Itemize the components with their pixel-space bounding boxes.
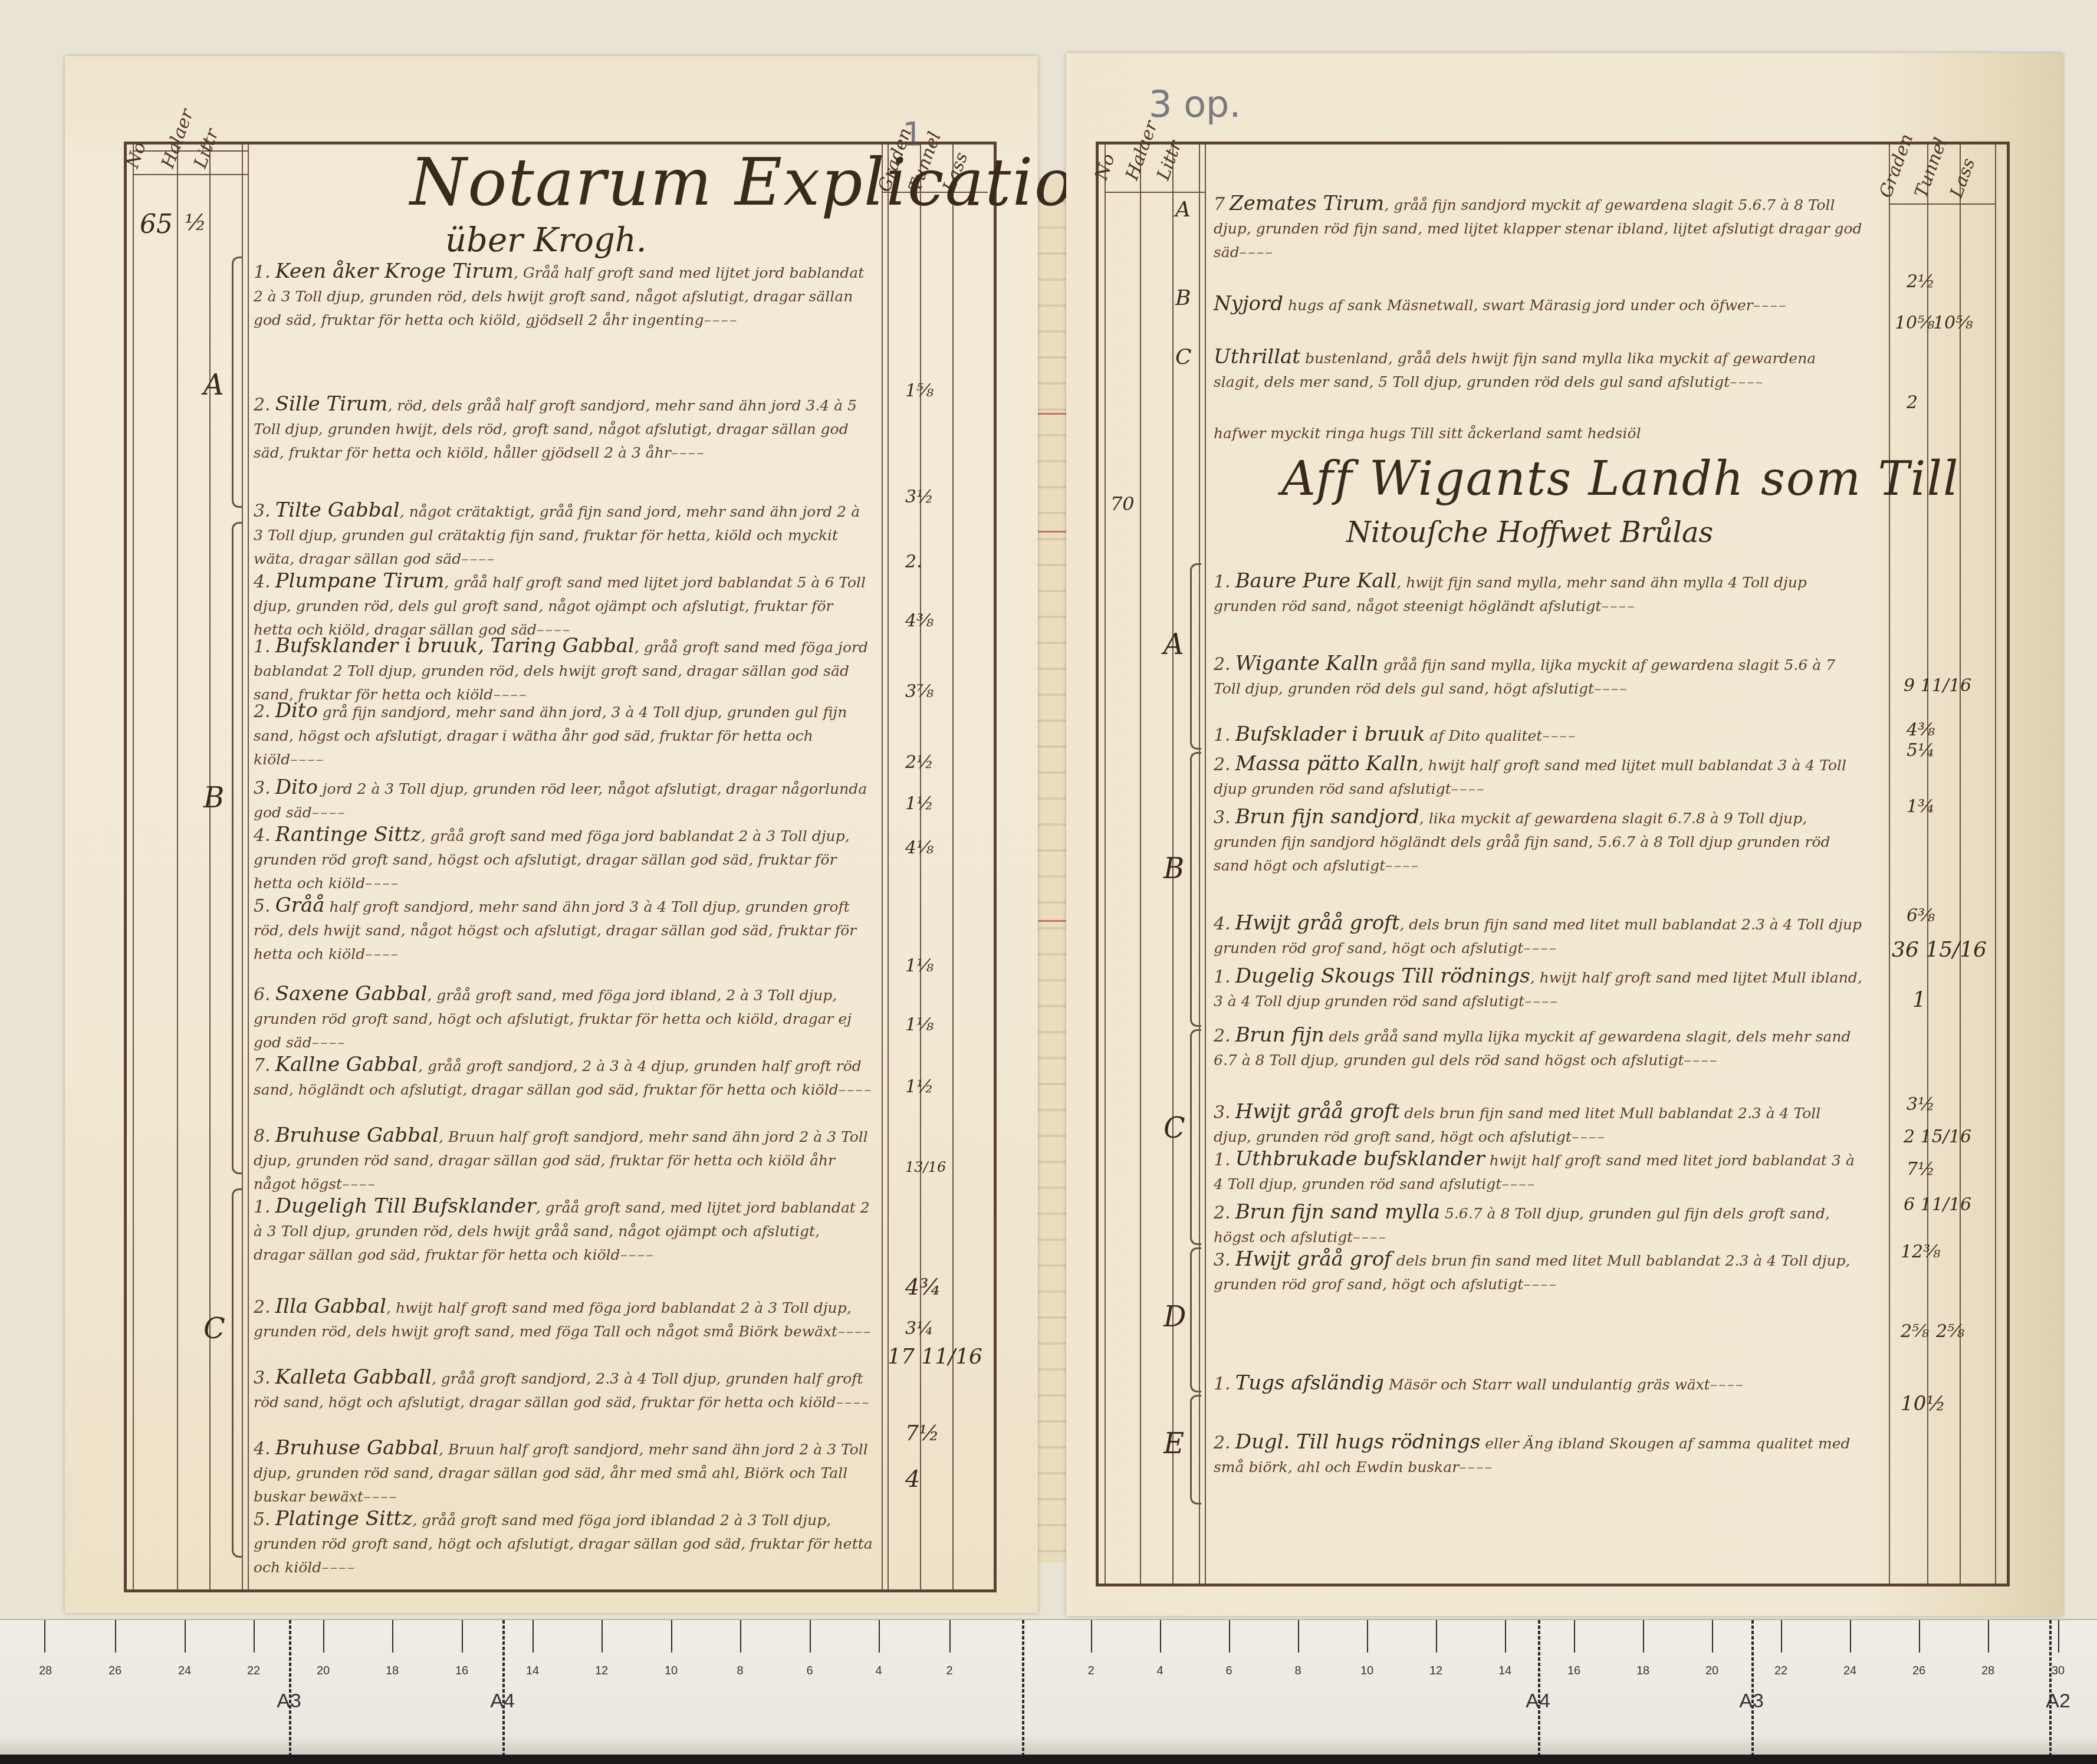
ruler-tick-label: 12 (1429, 1664, 1442, 1678)
section-letter-e: E (1163, 1427, 1184, 1460)
ruler-tick-label: 16 (1567, 1664, 1580, 1678)
ruler-tick-label: 22 (1774, 1664, 1787, 1678)
graden-value: 4⅜ (1907, 720, 1935, 740)
section-letter-c: C (1163, 1112, 1185, 1145)
graden-value: 13/16 (905, 1159, 946, 1175)
section-subtitle: Nitouſche Hoffwet Brůlas (1346, 516, 1713, 549)
graden-value: 12⅜ (1901, 1241, 1940, 1262)
column-header-littr: Littr (1153, 138, 1186, 183)
entry-hafwer: hafwer myckit ringa hugs Till sitt åcker… (1214, 422, 1862, 445)
entry-13: 1.Dugeligh Till Bufsklander, gråå groft … (254, 1194, 873, 1267)
scanner-edge (0, 1755, 2097, 1764)
column-header-tunnel: Tunnel (1911, 135, 1951, 201)
entry-15: 3.Kalleta Gabball, gråå groft sandjord, … (254, 1365, 873, 1414)
row-number-65: 65 (140, 209, 173, 239)
graden-value: 2 15/16 (1904, 1126, 1971, 1147)
graden-value: 1⅝ (905, 380, 934, 401)
bracket-total-c: 17 11/16 (888, 1345, 982, 1369)
graden-value: 1½ (905, 1076, 934, 1097)
ruler-tick-label: 8 (1294, 1664, 1301, 1678)
entry-nyjord: Nyjord hugs af sank Mäsnetwall, swart Mä… (1214, 292, 1862, 317)
ruler-tick-label: 22 (247, 1664, 260, 1678)
entry-17: 5.Platinge Sittz, gråå groft sand med fö… (254, 1507, 873, 1579)
paper-size-label-a3: A3 (1739, 1690, 1764, 1713)
paper-size-label-a3: A3 (277, 1690, 301, 1713)
section-brace-b (232, 522, 243, 1174)
tunnel-value: 2⅝ (1936, 1321, 1964, 1342)
graden-value: 5¼ (1907, 740, 1935, 761)
pencil-reference-mark: 3 op. (1149, 83, 1241, 126)
section-brace-d (1190, 1247, 1201, 1392)
column-header-number: No (122, 139, 150, 171)
graden-value: 2. (905, 551, 922, 572)
ruler-tick-label: 2 (946, 1664, 952, 1678)
ruler-tick-label: 16 (455, 1664, 468, 1678)
ruler-tick-label: 24 (1843, 1664, 1856, 1678)
section-title: Aff Wigants Landh som Till (1281, 451, 1960, 506)
entry-zemates: 7Zemates Tirum, gråå fijn sandjord mycki… (1214, 192, 1862, 264)
column-header-lass: Lass (1946, 156, 1979, 201)
graden-value: 1½ (905, 793, 934, 814)
section-letter-b-top: B (1175, 286, 1191, 310)
section-letter-b: B (1163, 852, 1184, 885)
graden-value: 3½ (905, 487, 934, 507)
left-manuscript-page: 1 No Halaer Littr Graden Tunnel Lass 65 … (65, 56, 1038, 1613)
graden-value-last: 10½ (1901, 1392, 1945, 1415)
ruler-tick-label: 30 (2052, 1664, 2065, 1678)
entry-r4: 2.Massa pätto Kalln, hwijt half groft sa… (1214, 752, 1862, 801)
ruler-tick-label: 26 (1912, 1664, 1925, 1678)
graden-value: 3⅞ (905, 681, 934, 702)
entry-16: 4.Bruhuse Gabbal, Bruun half groft sandj… (254, 1436, 873, 1509)
graden-value: 1⅛ (905, 1014, 934, 1035)
ruler-tick-label: 14 (526, 1664, 539, 1678)
page-subtitle: über Krogh. (445, 221, 647, 259)
column-header-littr: Littr (190, 126, 223, 171)
ruler-tick-label: 6 (806, 1664, 813, 1678)
ruler-tick-label: 12 (595, 1664, 608, 1678)
left-page-table-frame: No Halaer Littr Graden Tunnel Lass 65 ½ … (124, 142, 997, 1592)
section-brace-a (1190, 563, 1201, 750)
ruler-tick-label: 20 (1705, 1664, 1718, 1678)
entry-1: 1.Keen åker Kroge Tirum, Gråå half groft… (254, 259, 873, 332)
ruler-tick-label: 8 (737, 1664, 743, 1678)
entry-r10: 1.Uthbrukade bufsklander hwijt half grof… (1214, 1147, 1862, 1196)
entry-6: 2.Dito grå fijn sandjord, mehr sand ähn … (254, 699, 873, 771)
graden-value: 3¼ (905, 1318, 934, 1339)
graden-value: 4⅜ (905, 610, 934, 631)
section-brace-a (232, 257, 243, 508)
ruler-tick-label: 28 (1981, 1664, 1994, 1678)
section-letter-d: D (1163, 1300, 1186, 1333)
ruler-tick-label: 4 (875, 1664, 882, 1678)
entry-10: 6.Saxene Gabbal, gråå groft sand, med fö… (254, 982, 873, 1055)
entry-14: 2.Illa Gabbal, hwijt half groft sand med… (254, 1295, 873, 1343)
section-letter-c: C (203, 1312, 225, 1345)
entry-r2: 2.Wigante Kalln gråå fijn sand mylla, li… (1214, 652, 1862, 701)
graden-value: 3½ (1907, 1094, 1935, 1115)
graden-value: 4⅛ (905, 837, 934, 858)
row-halaer-value: ½ (185, 209, 206, 235)
ruler-tick-label: 26 (109, 1664, 121, 1678)
entry-r12: 3.Hwijt gråå grof dels brun fin sand med… (1214, 1247, 1862, 1296)
column-header-graden: Graden (1875, 131, 1917, 201)
ruler-tick-label: 20 (317, 1664, 330, 1678)
entry-uthrillat: Uthrillat bustenland, gråå dels hwijt fi… (1214, 345, 1862, 394)
ruler-tick-label: 28 (39, 1664, 52, 1678)
entry-r13: 1.Tugs afsländig Mäsör och Starr wall un… (1214, 1371, 1862, 1397)
entry-r1: 1.Baure Pure Kall, hwijt fijn sand mylla… (1214, 569, 1862, 618)
entry-r8: 2.Brun fijn dels gråå sand mylla lijka m… (1214, 1023, 1862, 1072)
graden-value: 9 11/16 (1904, 675, 1971, 696)
entry-r7: 1.Dugelig Skougs Till rödnings, hwijt ha… (1214, 964, 1862, 1013)
column-header-number: No (1091, 151, 1119, 183)
ruler-tick-label: 24 (178, 1664, 191, 1678)
ruler-tick-label: 18 (386, 1664, 399, 1678)
graden-value: 2 (1907, 392, 1918, 413)
ruler-tick-label: 2 (1087, 1664, 1094, 1678)
entry-4: 4.Plumpane Tirum, gråå half groft sand m… (254, 569, 873, 642)
ruler-tick-label: 6 (1225, 1664, 1232, 1678)
paper-size-label-a4: A4 (490, 1690, 515, 1713)
graden-value: 1 (1912, 988, 1926, 1012)
ruler-tick-label: 14 (1498, 1664, 1511, 1678)
measuring-ruler: 28 26 24 22 20 18 16 14 12 10 8 6 4 2 A3… (0, 1619, 2097, 1756)
graden-value: 10⅝ (1895, 313, 1934, 333)
right-page-table-frame: No Halaer Littr Graden Tunnel Lass A B C… (1096, 142, 2010, 1586)
section-brace-c (1190, 1029, 1201, 1245)
entry-3: 3.Tilte Gabbal, något crätaktigt, gråå f… (254, 498, 873, 571)
entry-5: 1.Bufsklander i bruuk, Taring Gabbal, gr… (254, 634, 873, 707)
right-manuscript-page: 3 op. No Halaer Littr Graden Tunnel Lass… (1066, 53, 2063, 1616)
section-letter-c-top: C (1175, 345, 1192, 369)
entry-11: 7.Kallne Gabbal, gråå groft sandjord, 2 … (254, 1053, 873, 1102)
graden-value: 1¾ (1907, 796, 1935, 817)
graden-value: 2½ (905, 752, 934, 773)
tunnel-value: 10⅝ (1933, 313, 1973, 333)
entry-8: 4.Rantinge Sittz, gråå groft sand med fö… (254, 823, 873, 895)
entry-12: 8.Bruhuse Gabbal, Bruun half groft sandj… (254, 1124, 873, 1196)
entry-r3: 1.Bufsklader i bruuk af Dito qualitet–––… (1214, 722, 1862, 748)
graden-value: 7½ (905, 1421, 939, 1446)
section-brace-b (1190, 752, 1201, 1027)
row-number-70: 70 (1110, 492, 1135, 515)
entry-r14: 2.Dugl. Till hugs rödnings eller Äng ibl… (1214, 1430, 1862, 1479)
entry-7: 3.Dito jord 2 à 3 Toll djup, grunden röd… (254, 776, 873, 824)
paper-size-label-a4: A4 (1526, 1690, 1550, 1713)
entry-r5: 3.Brun fijn sandjord, lika myckit af gew… (1214, 805, 1862, 878)
entry-r9: 3.Hwijt gråå groft dels brun fijn sand m… (1214, 1100, 1862, 1149)
paper-size-label-a2: A2 (2046, 1690, 2070, 1713)
entry-r6: 4.Hwijt gråå groft, dels brun fijn sand … (1214, 911, 1862, 960)
graden-value: 2½ (1907, 271, 1935, 292)
section-letter-a: A (1163, 628, 1184, 661)
graden-value: 1⅛ (905, 955, 934, 976)
graden-value: 6⅜ (1907, 905, 1935, 926)
ruler-tick-label: 4 (1156, 1664, 1163, 1678)
ruler-tick-label: 18 (1636, 1664, 1649, 1678)
section-letter-a-top: A (1175, 198, 1191, 222)
entry-2: 2.Sille Tirum, röd, dels gråå half groft… (254, 392, 873, 465)
graden-value: 6 11/16 (1904, 1194, 1971, 1215)
section-letter-a: A (203, 369, 224, 402)
page-title: Notarum Explicatio (410, 144, 1074, 220)
ruler-tick-label: 10 (1360, 1664, 1373, 1678)
graden-value: 4 (905, 1466, 920, 1493)
section-brace-e (1190, 1395, 1201, 1505)
graden-value: 7½ (1907, 1159, 1935, 1180)
section-brace-c (232, 1188, 243, 1558)
graden-value: 4¾ (905, 1274, 941, 1300)
section-letter-b: B (203, 781, 224, 814)
ruler-tick-label: 10 (665, 1664, 678, 1678)
graden-value: 2⅝ (1901, 1321, 1929, 1342)
entry-r11: 2.Brun fijn sand mylla 5.6.7 à 8 Toll dj… (1214, 1200, 1862, 1249)
graden-value: 36 15/16 (1892, 938, 1987, 962)
entry-9: 5.Gråå half groft sandjord, mehr sand äh… (254, 894, 873, 966)
